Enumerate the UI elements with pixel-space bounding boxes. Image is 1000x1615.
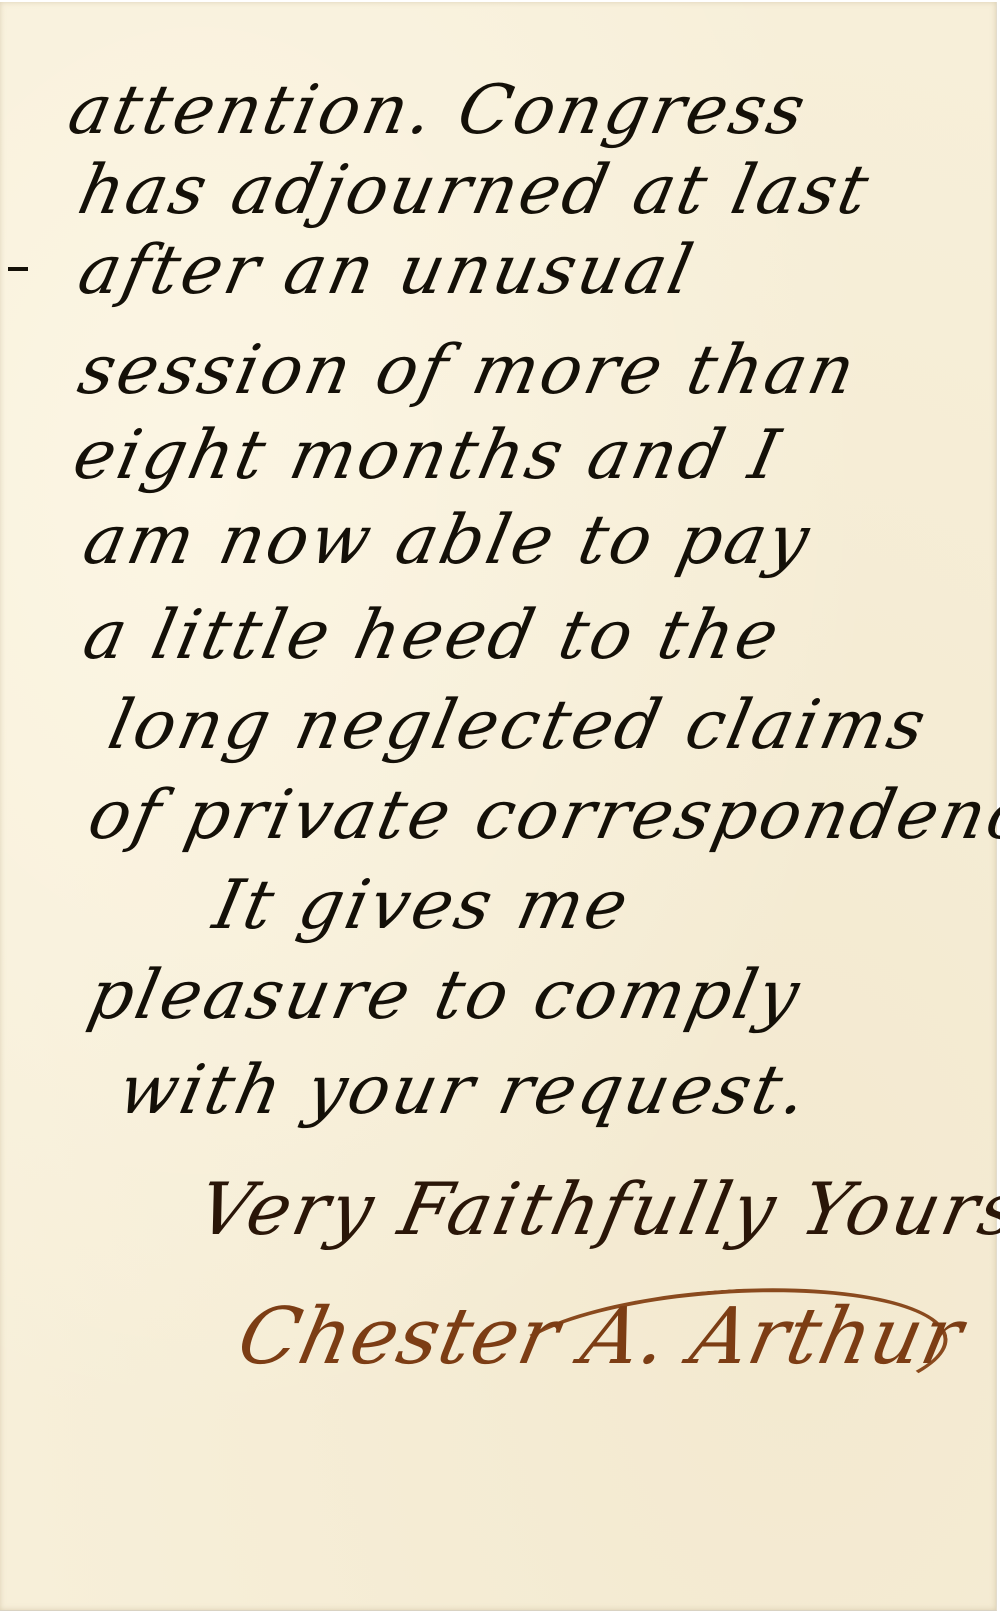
- letter-line-8: long neglected claims: [103, 692, 934, 760]
- letter-line-2: has adjourned at last: [73, 157, 877, 225]
- letter-line-7: a little heed to the: [78, 602, 787, 670]
- letter-line-12: with your request.: [113, 1057, 816, 1125]
- letter-line-1: attention. Congress: [63, 77, 814, 145]
- letter-line-9: of private correspondence.: [83, 782, 1000, 850]
- letter-line-6: am now able to pay: [78, 507, 818, 575]
- margin-dash: [8, 267, 28, 271]
- letter-line-10: It gives me: [208, 872, 636, 940]
- letter-closing: Very Faithfully Yours: [191, 1167, 1000, 1251]
- letter-page: attention. Congress has adjourned at las…: [0, 2, 997, 1611]
- letter-line-3: after an unusual: [73, 237, 701, 305]
- letter-line-5: eight months and I: [68, 422, 788, 490]
- letter-line-11: pleasure to comply: [83, 962, 808, 1030]
- signature: Chester A. Arthur: [230, 1292, 970, 1382]
- letter-line-4: session of more than: [73, 337, 863, 405]
